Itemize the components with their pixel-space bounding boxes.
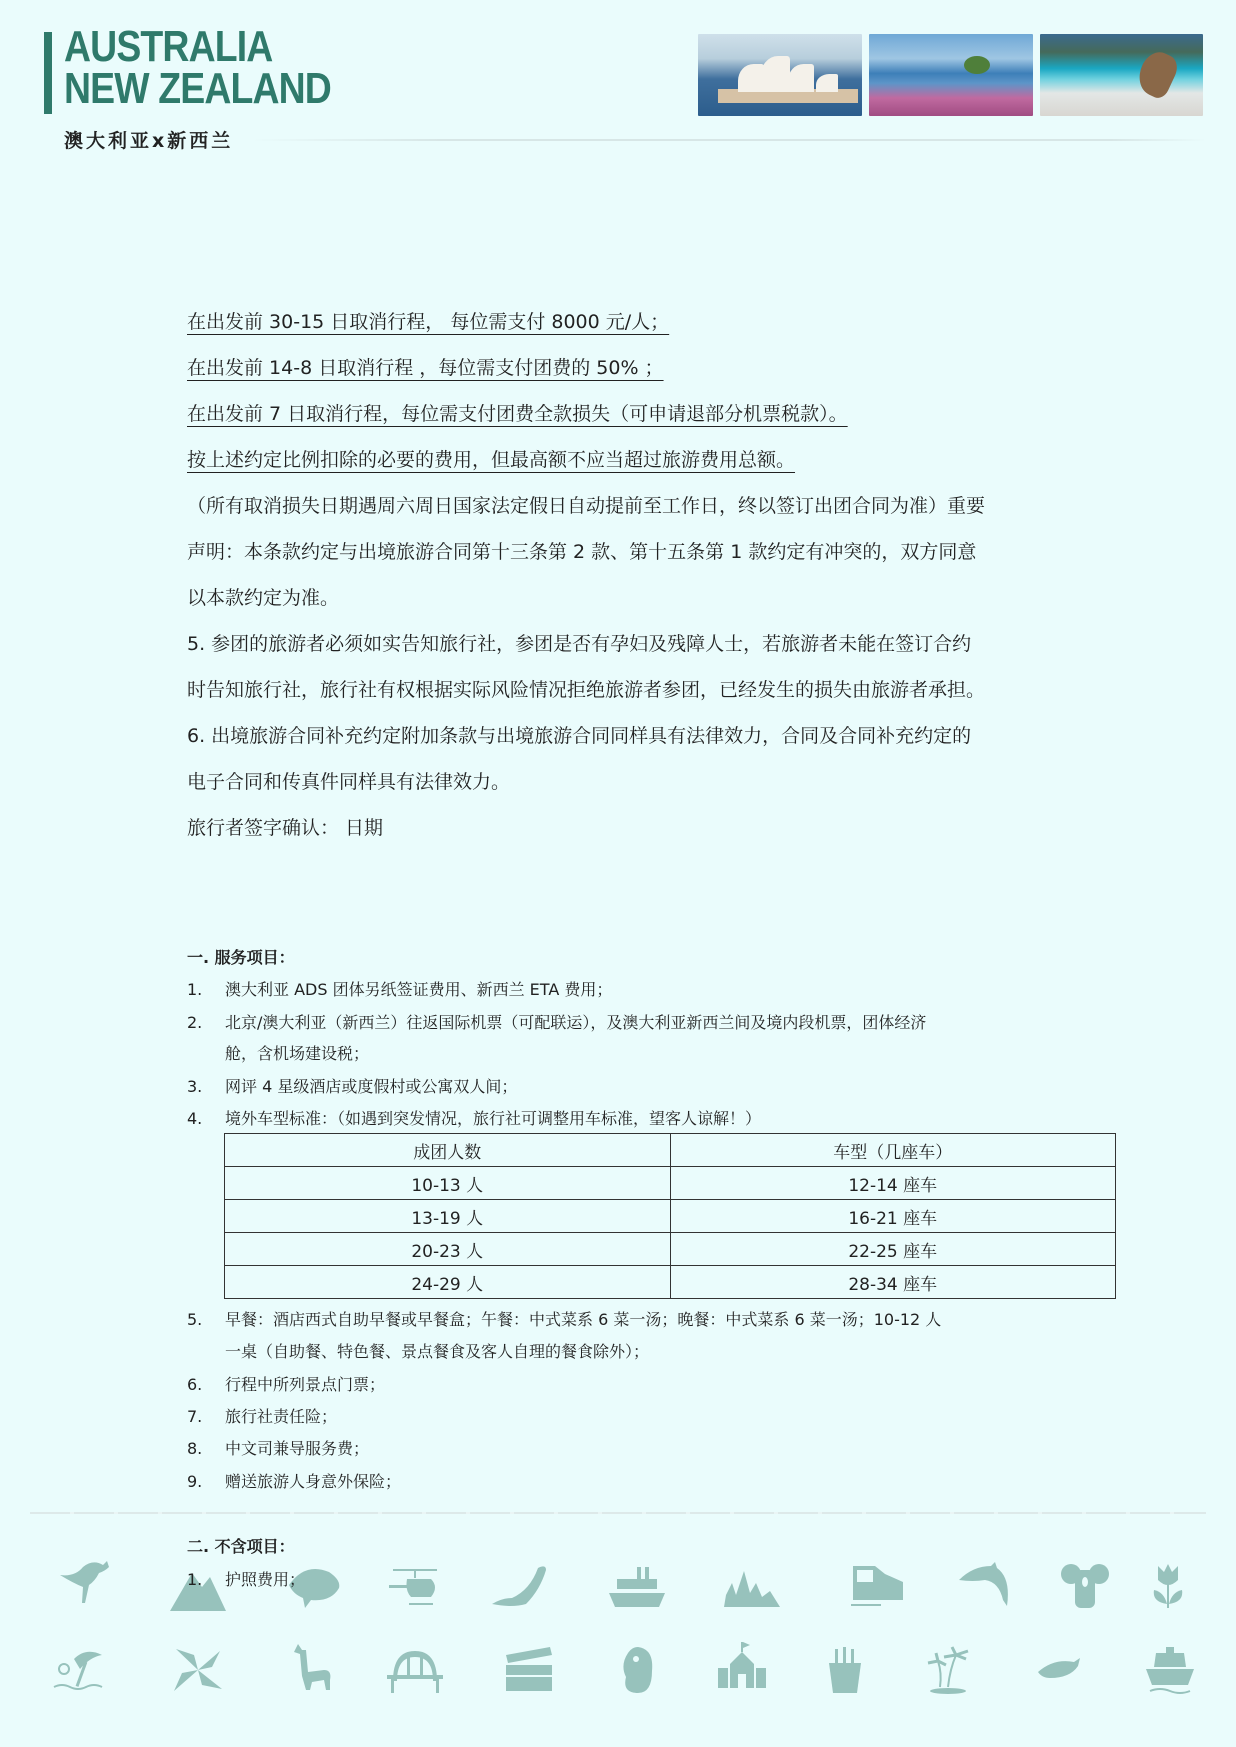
exclusions-title: 二. 不含项目： (187, 1534, 295, 1557)
item-number: 1. (187, 980, 225, 999)
kangaroo-beach-photo (1040, 34, 1203, 116)
kangaroo-icon (55, 1555, 115, 1605)
table-cell: 12-14 座车 (670, 1167, 1116, 1200)
column-header-vehicle-type: 车型（几座车） (670, 1134, 1116, 1167)
item-text: 赠送旅游人身意外保险； (225, 1472, 401, 1491)
tulip-icon (1138, 1560, 1198, 1610)
item-number: 6. (187, 1375, 225, 1394)
table-cell: 13-19 人 (225, 1200, 671, 1233)
logo-line-new-zealand: NEW ZEALAND (64, 68, 331, 110)
table-row: 20-23 人 22-25 座车 (225, 1233, 1116, 1266)
footer-divider (30, 1512, 1206, 1514)
sydney-opera-house-photo (698, 34, 862, 116)
opera-house-icon (722, 1565, 782, 1615)
service-item-continuation: 一桌（自助餐、特色餐、景点餐食及客人自理的餐食除外）； (225, 1339, 649, 1362)
table-row: 24-29 人 28-34 座车 (225, 1266, 1116, 1299)
logo-line-australia: AUSTRALIA (64, 26, 331, 68)
table-cell: 20-23 人 (225, 1233, 671, 1266)
dolphin-icon (955, 1560, 1015, 1610)
ferry-icon (1140, 1645, 1200, 1695)
cancel-note-line: 以本款约定为准。 (187, 575, 339, 621)
reef-fish-icon (1030, 1650, 1090, 1700)
clause-5-line: 时告知旅行社，旅行社有权根据实际风险情况拒绝旅游者参团，已经发生的损失由旅游者承… (187, 667, 985, 713)
exclusion-item: 1.护照费用； (187, 1567, 305, 1590)
services-title: 一. 服务项目： (187, 945, 295, 968)
kangaroo-shape (1132, 47, 1181, 101)
cancel-term-cap: 按上述约定比例扣除的必要的费用，但最高额不应当超过旅游费用总额。 (187, 437, 795, 483)
vehicle-standard-table: 成团人数 车型（几座车） 10-13 人 12-14 座车 13-19 人 16… (224, 1133, 1116, 1299)
item-text: 中文司兼导服务费； (225, 1439, 369, 1458)
pinwheel-icon (168, 1645, 228, 1695)
item-text: 北京/澳大利亚（新西兰）往返国际机票（可配联运），及澳大利亚新西兰间及境内段机票… (225, 1013, 926, 1032)
service-item: 7.旅行社责任险； (187, 1404, 337, 1427)
helicopter-icon (385, 1565, 445, 1615)
item-number: 7. (187, 1407, 225, 1426)
item-number: 8. (187, 1439, 225, 1458)
logo-subtitle: 澳大利亚x新西兰 (64, 126, 233, 153)
item-text: 网评 4 星级酒店或度假村或公寓双人间； (225, 1077, 517, 1096)
cancel-note-line: （所有取消损失日期遇周六周日国家法定假日自动提前至工作日，终以签订出团合同为准）… (187, 483, 985, 529)
table-cell: 16-21 座车 (670, 1200, 1116, 1233)
table-cell: 28-34 座车 (670, 1266, 1116, 1299)
service-item: 3.网评 4 星级酒店或度假村或公寓双人间； (187, 1074, 517, 1097)
item-number: 9. (187, 1472, 225, 1491)
cancel-term-30-15: 在出发前 30-15 日取消行程， 每位需支付 8000 元/人； (187, 299, 669, 345)
penguin-icon (608, 1645, 668, 1695)
signature-label: 旅行者签字确认： 日期 (187, 805, 383, 851)
service-item: 9.赠送旅游人身意外保险； (187, 1469, 401, 1492)
item-number: 1. (187, 1570, 225, 1589)
clause-5-line: 5. 参团的旅游者必须如实告知旅行社，参团是否有孕妇及残障人士，若旅游者未能在签… (187, 621, 971, 667)
beach-umbrella-icon (50, 1645, 110, 1695)
sail-shape (760, 56, 790, 92)
table-row: 10-13 人 12-14 座车 (225, 1167, 1116, 1200)
train-icon (845, 1560, 905, 1610)
koala-icon (1055, 1560, 1115, 1610)
item-text: 行程中所列景点门票； (225, 1375, 385, 1394)
alpaca-icon (280, 1640, 340, 1690)
lake-lupins-photo (869, 34, 1033, 116)
item-number: 5. (187, 1310, 225, 1329)
palm-island-icon (920, 1645, 980, 1695)
logo-title: AUSTRALIA NEW ZEALAND (64, 26, 331, 110)
service-item: 5.早餐：酒店西式自助早餐或早餐盒；午餐：中式菜系 6 菜一汤；晚餐：中式菜系 … (187, 1307, 941, 1330)
sail-shape (816, 74, 838, 92)
sail-shape (788, 64, 814, 92)
service-item: 2.北京/澳大利亚（新西兰）往返国际机票（可配联运），及澳大利亚新西兰间及境内段… (187, 1010, 926, 1033)
table-cell: 10-13 人 (225, 1167, 671, 1200)
item-text: 护照费用； (225, 1570, 305, 1589)
header-divider (250, 139, 1206, 141)
clause-6-line: 6. 出境旅游合同补充约定附加条款与出境旅游合同同样具有法律效力，合同及合同补充… (187, 713, 971, 759)
cancel-term-7: 在出发前 7 日取消行程，每位需支付团费全款损失（可申请退部分机票税款）。 (187, 391, 848, 437)
table-cell: 22-25 座车 (670, 1233, 1116, 1266)
table-row: 13-19 人 16-21 座车 (225, 1200, 1116, 1233)
item-number: 3. (187, 1077, 225, 1096)
table-cell: 24-29 人 (225, 1266, 671, 1299)
item-text: 澳大利亚 ADS 团体另纸签证费用、新西兰 ETA 费用； (225, 980, 612, 999)
bridge-icon (385, 1645, 445, 1695)
service-item-continuation: 舱，含机场建设税； (225, 1041, 369, 1064)
item-number: 2. (187, 1013, 225, 1032)
cancel-note-line: 声明：本条款约定与出境旅游合同第十三条第 2 款、第十五条第 1 款约定有冲突的… (187, 529, 976, 575)
item-text: 旅行社责任险； (225, 1407, 337, 1426)
clapperboard-icon (500, 1645, 560, 1695)
item-text: 早餐：酒店西式自助早餐或早餐盒；午餐：中式菜系 6 菜一汤；晚餐：中式菜系 6 … (225, 1310, 941, 1329)
item-text: 境外车型标准：（如遇到突发情况，旅行社可调整用车标准，望客人谅解！） (225, 1109, 761, 1128)
tree-shape (964, 56, 990, 74)
service-item: 6.行程中所列景点门票； (187, 1372, 385, 1395)
seal-icon (490, 1560, 550, 1610)
cancel-term-14-8: 在出发前 14-8 日取消行程 ，每位需支付团费的 50% ； (187, 345, 664, 391)
service-item: 1.澳大利亚 ADS 团体另纸签证费用、新西兰 ETA 费用； (187, 977, 612, 1000)
item-number: 4. (187, 1109, 225, 1128)
service-item: 8.中文司兼导服务费； (187, 1436, 369, 1459)
clause-6-line: 电子合同和传真件同样具有法律效力。 (187, 759, 510, 805)
service-item: 4.境外车型标准：（如遇到突发情况，旅行社可调整用车标准，望客人谅解！） (187, 1106, 761, 1129)
column-header-group-size: 成团人数 (225, 1134, 671, 1167)
fries-icon (815, 1645, 875, 1695)
church-icon (712, 1640, 772, 1690)
ship-icon (607, 1563, 667, 1613)
table-header-row: 成团人数 车型（几座车） (225, 1134, 1116, 1167)
logo-bar (44, 32, 52, 114)
